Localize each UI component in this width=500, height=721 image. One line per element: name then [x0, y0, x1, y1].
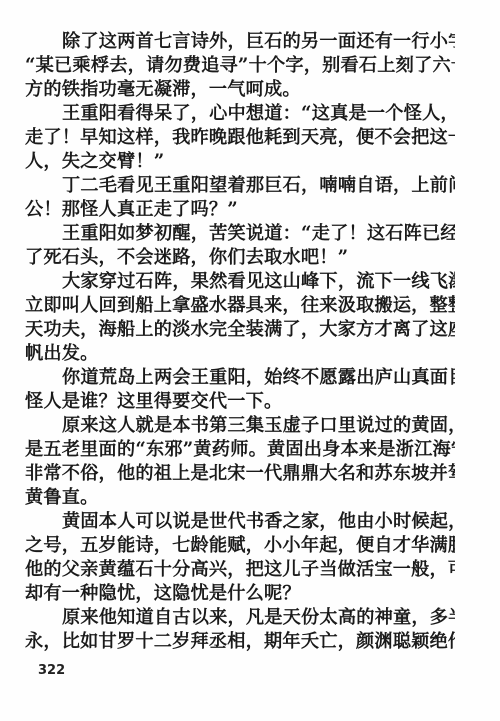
text-line: 立即叫人回到船上拿盛水器具来，往来汲取搬运，整整花了一: [25, 294, 455, 318]
text-line: 非常不俗，他的祖上是北宋一代鼎鼎大名和苏东坡并驾齐驱的: [25, 462, 455, 486]
text-line: 丁二毛看见王重阳望着那巨石，喃喃自语，上前问道：“王相: [25, 174, 455, 198]
text-line: 原来这人就是本书第三集玉虚子口里说过的黄固，后来也: [25, 414, 455, 438]
book-page: 除了这两首七言诗外，巨石的另一面还有一行小字，内文是 “某已乘桴去，请勿费追寻”…: [0, 0, 500, 721]
text-line: “某已乘桴去，请勿费追寻”十个字，别看石上刻了六十多字，对: [25, 54, 455, 78]
text-line: 王重阳看得呆了，心中想道：“这真是一个怪人，他已经乘船: [25, 102, 455, 126]
text-line: 他的父亲黄蕴石十分高兴，把这儿子当做活宝一般，可是黄员外: [25, 558, 455, 582]
body-text: 除了这两首七言诗外，巨石的另一面还有一行小字，内文是 “某已乘桴去，请勿费追寻”…: [25, 30, 455, 654]
text-line: 怪人是谁？这里得要交代一下。: [25, 390, 455, 414]
text-line: 天功夫，海船上的淡水完全装满了，大家方才离了这座荒岛，扬: [25, 318, 455, 342]
text-line: 方的铁指功毫无凝滞，一气呵成。: [25, 78, 455, 102]
text-line: 大家穿过石阵，果然看见这山峰下，流下一线飞瀑，丁二毛: [25, 270, 455, 294]
page-number: 322: [38, 663, 65, 678]
text-line: 却有一种隐忧，这隐忧是什么呢？: [25, 582, 455, 606]
text-line: 公！那怪人真正走了吗？”: [25, 198, 455, 222]
text-line: 黄鲁直。: [25, 486, 455, 510]
text-line: 除了这两首七言诗外，巨石的另一面还有一行小字，内文是: [25, 30, 455, 54]
text-line: 王重阳如梦初醒，苦笑说道：“走了！这石阵已经拆散，变成: [25, 222, 455, 246]
text-line: 是五老里面的“东邪”黄药师。黄固出身本来是浙江海宁人，家世: [25, 438, 455, 462]
text-line: 之号，五岁能诗，七龄能赋，小小年起，便自才华满腹，超卓不凡。: [25, 534, 455, 558]
text-line: 走了！早知这样，我昨晚跟他耗到天亮，便不会把这一位绝世奇: [25, 126, 455, 150]
text-line: 帆出发。: [25, 342, 455, 366]
text-line: 黄固本人可以说是世代书香之家，他由小时候起，便有神童: [25, 510, 455, 534]
text-line: 原来他知道自古以来，凡是天份太高的神童，多半其寿不: [25, 606, 455, 630]
text-line: 了死石头，不会迷路，你们去取水吧！”: [25, 246, 455, 270]
text-line: 你道荒岛上两会王重阳，始终不愿露出庐山真面目的青衣: [25, 366, 455, 390]
text-line: 人，失之交臂！”: [25, 150, 455, 174]
text-line: 永，比如甘罗十二岁拜丞相，期年夭亡，颜渊聪颖绝伦，冠绝孔门: [25, 630, 455, 654]
